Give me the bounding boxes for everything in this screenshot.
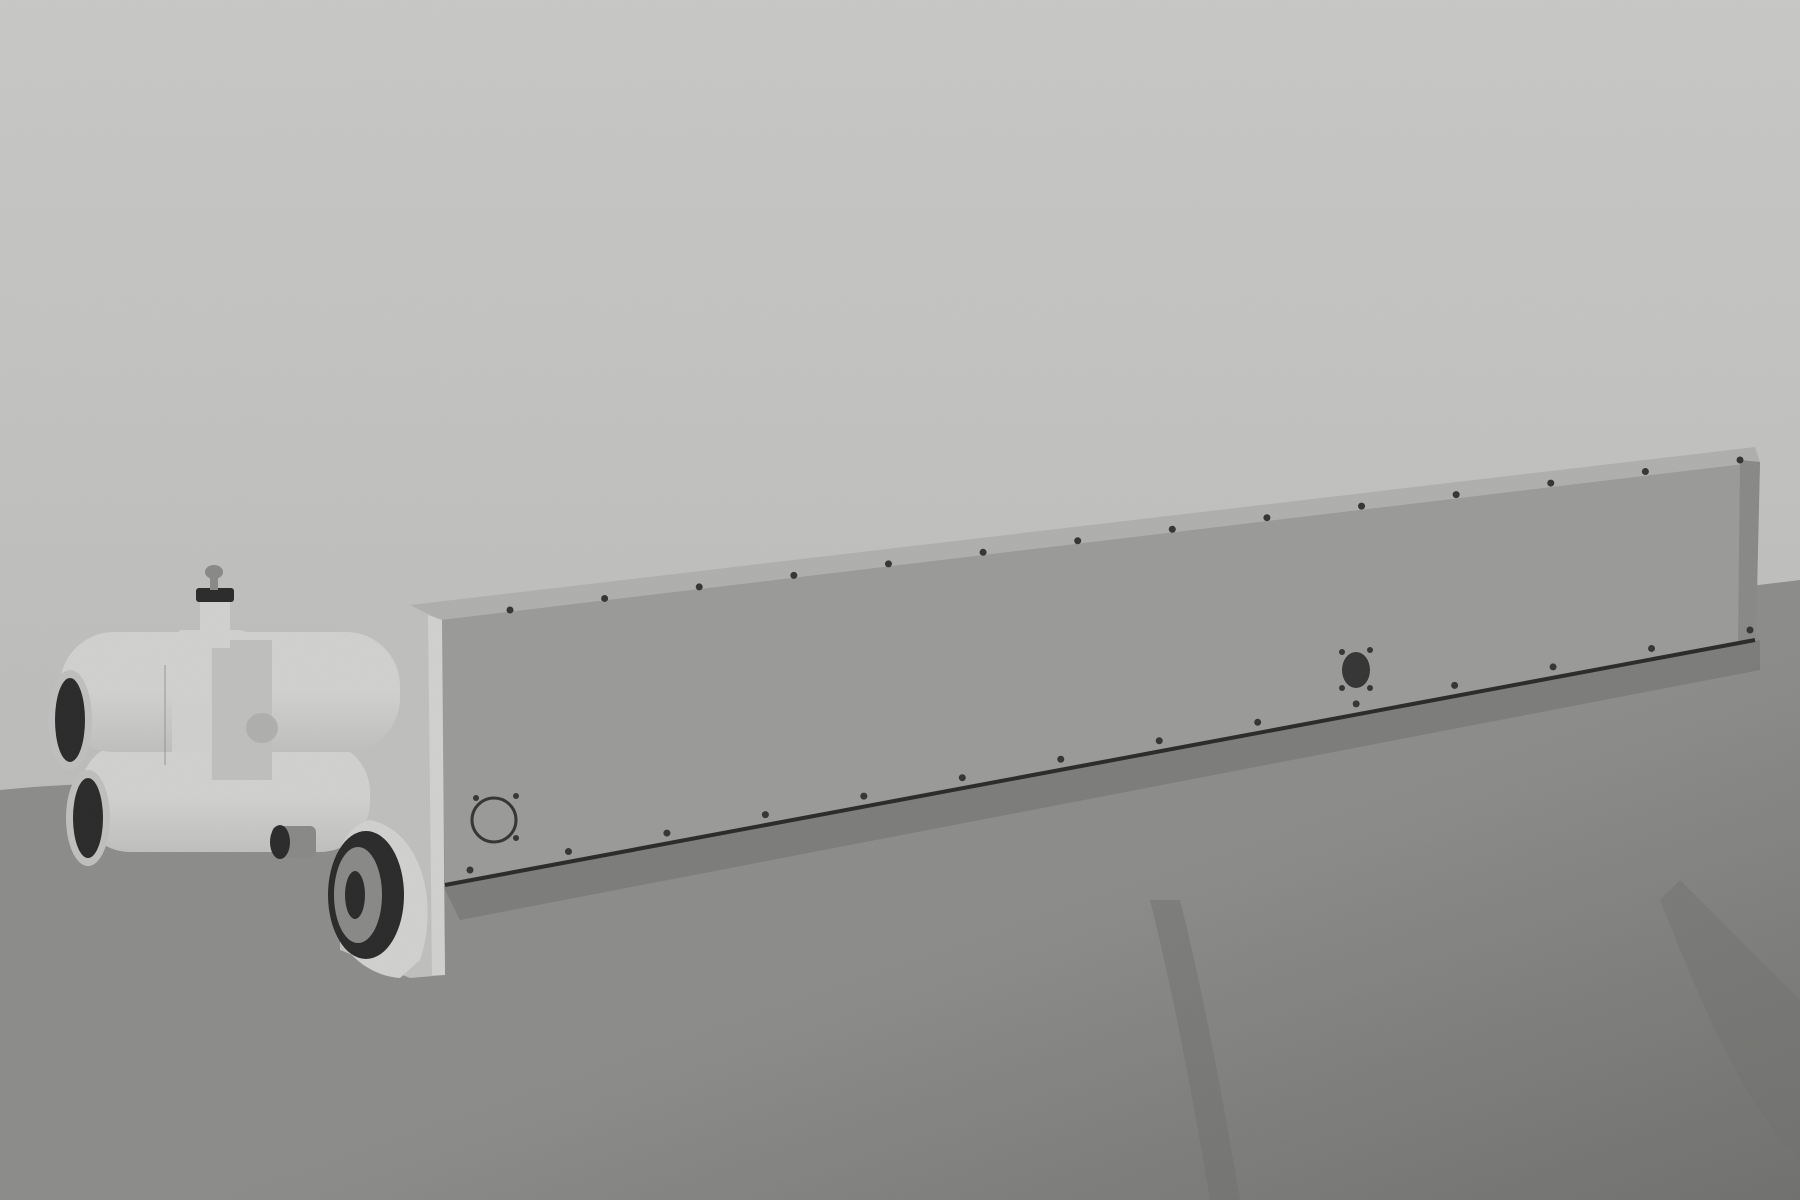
film-grain: [0, 0, 1800, 1200]
photo-scene: Vintage monochrome photo of a long recta…: [0, 0, 1800, 1200]
